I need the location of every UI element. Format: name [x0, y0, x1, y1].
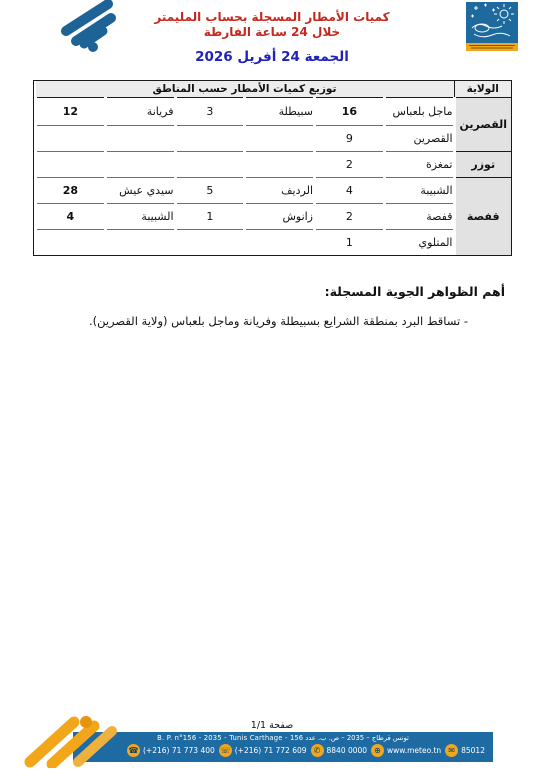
sms-icon: ✉: [445, 744, 458, 757]
footer-contact-sms: ✉ 85012: [445, 744, 485, 757]
rain-value: 2: [315, 203, 385, 229]
rain-value: 3: [175, 97, 245, 125]
footer-contact-website[interactable]: ⊕ www.meteo.tn: [371, 744, 441, 757]
table-row: توزر تمغزة 2: [36, 151, 512, 177]
station-name: القصرين: [384, 125, 454, 151]
station-name: المتلوي: [384, 229, 454, 255]
governorate-cell: توزر: [454, 151, 511, 177]
station-name: فريانة: [105, 97, 175, 125]
footer-contact-fax: ☏ (+216) 71 772 609: [219, 744, 307, 757]
phenomena-bullet: - تساقط البرد بمنطقة الشرايع بسبيطلة وفر…: [89, 314, 468, 328]
phenomena-heading: أهم الظواهر الجوية المسجلة:: [325, 284, 505, 299]
station-name: الشبيبة: [384, 177, 454, 203]
report-title-line2: خلال 24 ساعة الفارطة: [0, 25, 544, 40]
footer-contact-callcenter: ✆ 8840 0000: [311, 744, 368, 757]
footer-contact-phone: ☎ (+216) 71 773 400: [127, 744, 215, 757]
rain-value: 4: [315, 177, 385, 203]
report-titles: كميات الأمطار المسجلة بحساب المليمتر خلا…: [0, 10, 544, 65]
contact-label: (+216) 71 773 400: [143, 746, 215, 755]
rain-value: 1: [175, 203, 245, 229]
table-header-row: الولاية توزيع كميات الأمطار حسب المناطق: [36, 81, 512, 97]
globe-icon: ⊕: [371, 744, 384, 757]
rain-value: 4: [36, 203, 106, 229]
rain-value: 5: [175, 177, 245, 203]
report-title-line1: كميات الأمطار المسجلة بحساب المليمتر: [0, 10, 544, 25]
table-row: القصرين 9: [36, 125, 512, 151]
rain-value: 2: [315, 151, 385, 177]
contact-label: (+216) 71 772 609: [235, 746, 307, 755]
station-name: سيدي عيش: [105, 177, 175, 203]
contact-label: 85012: [461, 746, 485, 755]
rain-value: 16: [315, 97, 385, 125]
inm-emblem-logo: [466, 2, 518, 55]
station-name: تمغزة: [384, 151, 454, 177]
governorate-cell: القصرين: [454, 97, 511, 151]
station-name: ماجل بلعباس: [384, 97, 454, 125]
station-name: الرديف: [245, 177, 315, 203]
distribution-column-header: توزيع كميات الأمطار حسب المناطق: [36, 81, 455, 97]
rain-value: 12: [36, 97, 106, 125]
governorate-cell: قفصة: [454, 177, 511, 255]
website-link[interactable]: www.meteo.tn: [387, 746, 441, 755]
table-row: المتلوي 1: [36, 229, 512, 255]
rain-value: 1: [315, 229, 385, 255]
table-row: قفصة 2 زانوش 1 الشبيبة 4: [36, 203, 512, 229]
rainfall-table: الولاية توزيع كميات الأمطار حسب المناطق …: [33, 80, 512, 256]
contact-label: 8840 0000: [327, 746, 368, 755]
rainfall-bulletin-page: { "colors": { "title_red": "#c4281e", "d…: [0, 0, 544, 770]
station-name: الشبيبة: [105, 203, 175, 229]
table-row: قفصة الشبيبة 4 الرديف 5 سيدي عيش 28: [36, 177, 512, 203]
rain-value: 28: [36, 177, 106, 203]
report-date: الجمعة 24 أفريل 2026: [0, 49, 544, 65]
governorate-column-header: الولاية: [454, 81, 511, 97]
station-name: سبيطلة: [245, 97, 315, 125]
handset-icon: ✆: [311, 744, 324, 757]
station-name: زانوش: [245, 203, 315, 229]
rain-value: 9: [315, 125, 385, 151]
table-row: القصرين ماجل بلعباس 16 سبيطلة 3 فريانة 1…: [36, 97, 512, 125]
station-name: قفصة: [384, 203, 454, 229]
fax-icon: ☏: [219, 744, 232, 757]
inm-footer-strokes-logo: [20, 712, 138, 770]
